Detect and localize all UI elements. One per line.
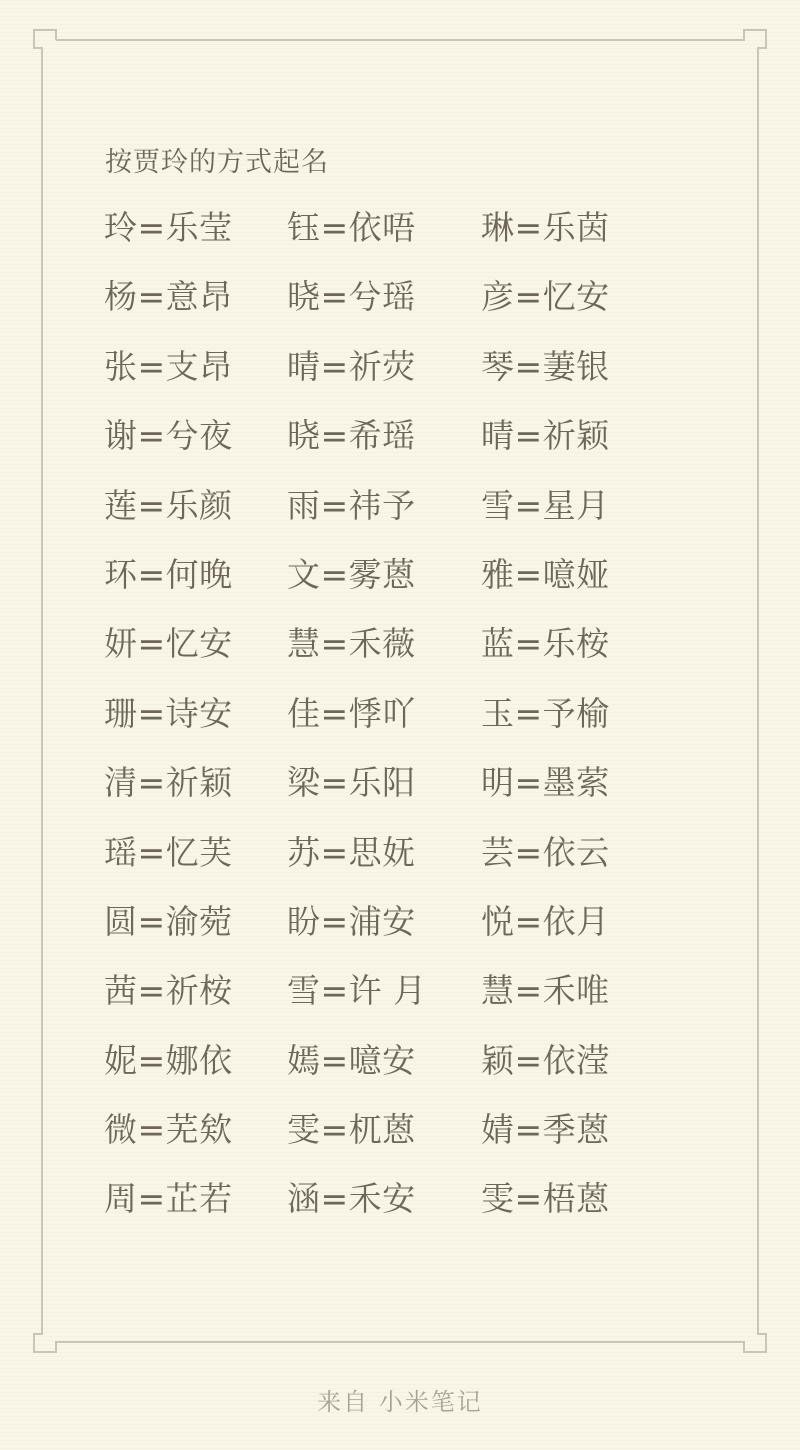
name-pair: 芸=依云 — [481, 818, 724, 887]
name-pair: 苏=思妩 — [287, 818, 481, 887]
name-pair: 婧=季蒽 — [481, 1095, 724, 1164]
name-grid: 玲=乐莹 钰=依唔 琳=乐茵 杨=意昂 晓=兮瑶 彦=忆安 张=支昂 晴=祈荧 … — [104, 193, 724, 1234]
name-pair: 梁=乐阳 — [287, 748, 481, 817]
name-pair: 雯=梧蒽 — [481, 1164, 724, 1233]
name-pair: 雅=噫娅 — [481, 540, 724, 609]
name-pair: 佳=悸吖 — [287, 679, 481, 748]
name-pair: 彦=忆安 — [481, 262, 724, 331]
name-pair: 玲=乐莹 — [104, 193, 287, 262]
name-pair: 雨=祎予 — [287, 471, 481, 540]
name-pair: 晴=祈荧 — [287, 332, 481, 401]
name-pair: 晓=兮瑶 — [287, 262, 481, 331]
name-pair: 蓝=乐桉 — [481, 609, 724, 678]
name-pair: 慧=禾薇 — [287, 609, 481, 678]
name-pair: 周=芷若 — [104, 1164, 287, 1233]
name-pair: 清=祈颖 — [104, 748, 287, 817]
name-pair: 晴=祈颖 — [481, 401, 724, 470]
name-pair: 谢=兮夜 — [104, 401, 287, 470]
name-pair: 张=支昂 — [104, 332, 287, 401]
name-pair: 晓=希瑶 — [287, 401, 481, 470]
name-pair: 明=墨萦 — [481, 748, 724, 817]
name-pair: 悦=依月 — [481, 887, 724, 956]
name-pair: 雯=杌蒽 — [287, 1095, 481, 1164]
name-pair: 雪=星月 — [481, 471, 724, 540]
name-pair: 涵=禾安 — [287, 1164, 481, 1233]
page-title: 按贾玲的方式起名 — [105, 140, 329, 179]
name-pair: 妮=娜依 — [104, 1026, 287, 1095]
name-pair: 莲=乐颜 — [104, 471, 287, 540]
name-pair: 钰=依唔 — [287, 193, 481, 262]
name-pair: 微=芜欸 — [104, 1095, 287, 1164]
name-pair: 杨=意昂 — [104, 262, 287, 331]
name-pair: 慧=禾唯 — [481, 956, 724, 1025]
name-pair: 琳=乐茵 — [481, 193, 724, 262]
name-pair: 雪=许 月 — [287, 956, 481, 1025]
name-pair: 文=雾蒽 — [287, 540, 481, 609]
name-pair: 颖=依滢 — [481, 1026, 724, 1095]
name-pair: 琴=萋银 — [481, 332, 724, 401]
source-attribution: 来自 小米笔记 — [0, 1382, 800, 1417]
name-pair: 嫣=噫安 — [287, 1026, 481, 1095]
name-pair: 妍=忆安 — [104, 609, 287, 678]
name-pair: 环=何晚 — [104, 540, 287, 609]
name-pair: 玉=予榆 — [481, 679, 724, 748]
name-pair: 盼=浦安 — [287, 887, 481, 956]
name-pair: 圆=渝菀 — [104, 887, 287, 956]
name-pair: 珊=诗安 — [104, 679, 287, 748]
name-pair: 茜=祈桉 — [104, 956, 287, 1025]
note-page: { "page": { "background_color": "#f9f6e7… — [0, 0, 800, 1450]
name-pair: 瑶=忆芙 — [104, 818, 287, 887]
